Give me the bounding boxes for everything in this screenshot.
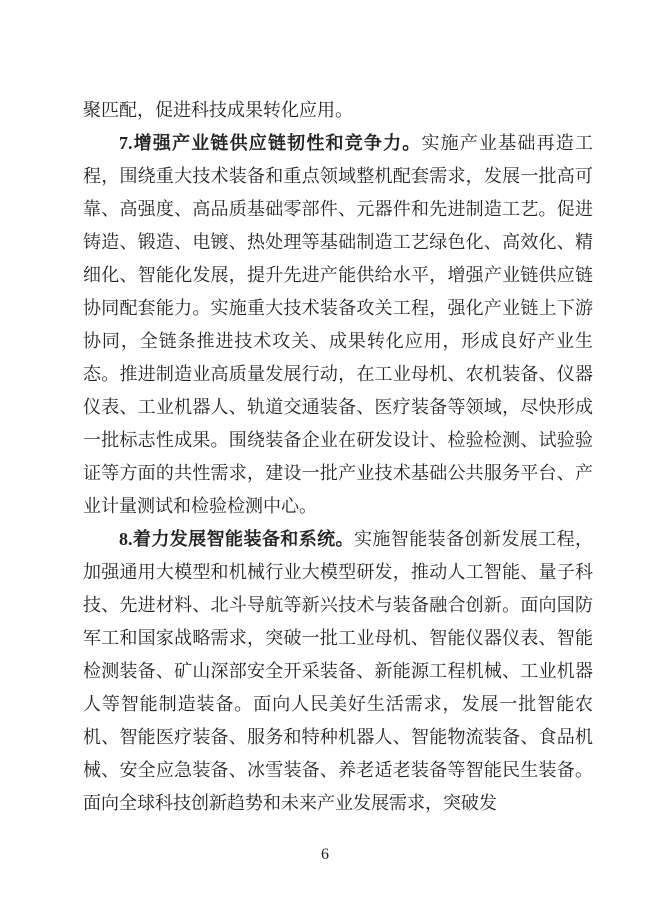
page-body: 聚匹配，促进科技成果转化应用。 7.增强产业链供应链韧性和竞争力。实施产业基础再… (83, 94, 593, 820)
paragraph-8-text: 实施智能装备创新发展工程，加强通用大模型和机械行业大模型研发，推动人工智能、量子… (83, 529, 593, 813)
paragraph-8-lead: 8.着力发展智能装备和系统。 (119, 529, 354, 549)
document-page: 聚匹配，促进科技成果转化应用。 7.增强产业链供应链韧性和竞争力。实施产业基础再… (0, 0, 650, 919)
paragraph-7-lead: 7.增强产业链供应链韧性和竞争力。 (119, 133, 422, 153)
paragraph-7: 7.增强产业链供应链韧性和竞争力。实施产业基础再造工程，围绕重大技术装备和重点领… (83, 127, 593, 523)
paragraph-continuation: 聚匹配，促进科技成果转化应用。 (83, 94, 593, 127)
page-number: 6 (0, 845, 650, 865)
paragraph-8: 8.着力发展智能装备和系统。实施智能装备创新发展工程，加强通用大模型和机械行业大… (83, 523, 593, 820)
paragraph-7-text: 实施产业基础再造工程，围绕重大技术装备和重点领域整机配套需求，发展一批高可靠、高… (83, 133, 593, 516)
paragraph-continuation-text: 聚匹配，促进科技成果转化应用。 (83, 100, 353, 120)
